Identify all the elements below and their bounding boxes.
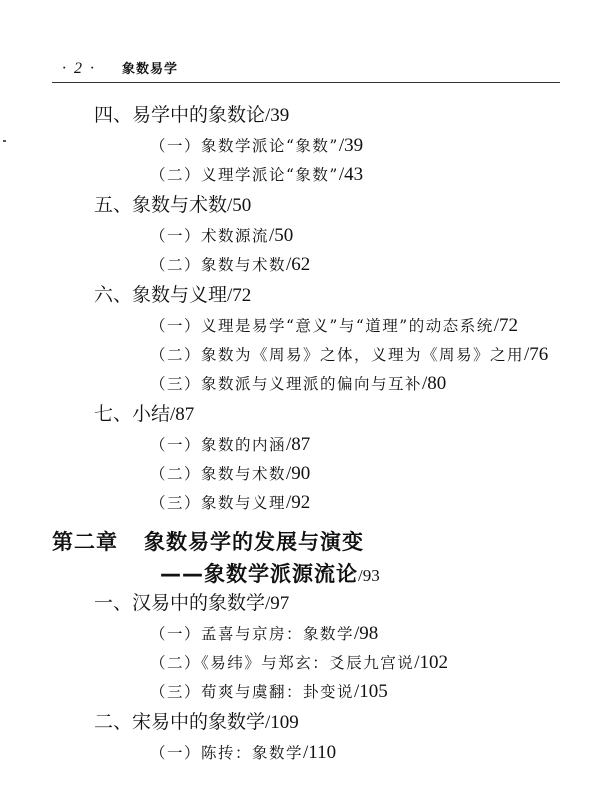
toc-page-number: /90 (286, 463, 310, 484)
toc-page-number: /50 (269, 225, 293, 246)
toc-page-number: /110 (303, 742, 336, 763)
toc-page-number: /87 (170, 404, 194, 425)
toc-entry[interactable]: 六、象数与义理/72 (94, 280, 251, 307)
toc-subentry[interactable]: （二）义理学派论“象数”/43 (150, 163, 363, 186)
toc-entry-title: （一）陈抟：象数学 (150, 744, 303, 762)
toc-entry-title: 五、象数与术数 (94, 194, 227, 216)
toc-subentry[interactable]: （一）义理是易学“意义”与“道理”的动态系统/72 (150, 314, 518, 337)
toc-page-number: /43 (339, 164, 363, 185)
toc-page-number: /62 (286, 254, 310, 275)
toc-subentry[interactable]: （三）象数派与义理派的偏向与互补/80 (150, 372, 446, 395)
toc-entry-title: （一）孟喜与京房：象数学 (150, 625, 354, 643)
toc-entry[interactable]: 五、象数与术数/50 (94, 190, 251, 217)
toc-entry[interactable]: 四、易学中的象数论/39 (94, 100, 289, 127)
chapter-subtitle[interactable]: ——象数学派源流论/93 (160, 558, 380, 588)
toc-subentry[interactable]: （三）荀爽与虞翻：卦变说/105 (150, 680, 388, 703)
toc-page-number: /93 (358, 566, 380, 585)
scan-speck (3, 140, 6, 142)
book-title: 象数易学 (122, 58, 178, 77)
toc-page-number: /50 (227, 195, 251, 216)
toc-subentry[interactable]: （一）孟喜与京房：象数学/98 (150, 622, 378, 645)
toc-page-number: /87 (286, 434, 310, 455)
toc-entry-title: （一）术数源流 (150, 227, 269, 245)
header-rule (52, 82, 560, 83)
toc-page-number: /72 (227, 285, 251, 306)
toc-entry-title: （三）象数与义理 (150, 494, 286, 512)
toc-entry-title: 七、小结 (94, 403, 170, 425)
toc-entry-title: （一）义理是易学“意义”与“道理”的动态系统 (150, 317, 494, 335)
toc-page-number: /76 (524, 344, 548, 365)
chapter-title: 象数易学的发展与演变 (144, 530, 364, 554)
toc-page-number: /102 (414, 652, 448, 673)
toc-page-number: /97 (265, 593, 289, 614)
toc-entry-title: （二）象数与术数 (150, 465, 286, 483)
toc-entry[interactable]: 七、小结/87 (94, 399, 194, 426)
toc-page-number: /39 (265, 105, 289, 126)
page-number: · 2 · (62, 60, 96, 78)
toc-entry[interactable]: 一、汉易中的象数学/97 (94, 588, 289, 615)
toc-subentry[interactable]: （一）象数学派论“象数”/39 (150, 134, 363, 157)
toc-page-number: /39 (339, 135, 363, 156)
toc-subentry[interactable]: （二）象数与术数/62 (150, 253, 310, 276)
toc-entry-title: （二）象数为《周易》之体，义理为《周易》之用 (150, 346, 524, 364)
toc-entry-title: （二）义理学派论“象数” (150, 166, 339, 184)
toc-entry-title: （一）象数学派论“象数” (150, 137, 339, 155)
toc-entry-title: （三）荀爽与虞翻：卦变说 (150, 683, 354, 701)
toc-entry-title: 二、宋易中的象数学 (94, 711, 265, 733)
toc-subentry[interactable]: （二）象数与术数/90 (150, 462, 310, 485)
toc-entry[interactable]: 二、宋易中的象数学/109 (94, 707, 299, 734)
toc-entry-title: 一、汉易中的象数学 (94, 592, 265, 614)
toc-entry-title: （三）象数派与义理派的偏向与互补 (150, 375, 422, 393)
chapter-subtitle-text: ——象数学派源流论 (160, 562, 358, 586)
toc-subentry[interactable]: （一）陈抟：象数学/110 (150, 741, 336, 764)
toc-subentry[interactable]: （一）术数源流/50 (150, 224, 293, 247)
toc-subentry[interactable]: （二）《易纬》与郑玄：爻辰九宫说/102 (150, 651, 448, 674)
toc-subentry[interactable]: （三）象数与义理/92 (150, 491, 310, 514)
toc-entry-title: （二）《易纬》与郑玄：爻辰九宫说 (150, 654, 414, 672)
toc-page-number: /98 (354, 623, 378, 644)
toc-entry-title: （二）象数与术数 (150, 256, 286, 274)
toc-page-number: /72 (494, 315, 518, 336)
running-header: · 2 · 象数易学 (62, 58, 178, 78)
toc-entry-title: 四、易学中的象数论 (94, 104, 265, 126)
toc-entry-title: 六、象数与义理 (94, 284, 227, 306)
toc-page-number: /80 (422, 373, 446, 394)
chapter-heading[interactable]: 第二章象数易学的发展与演变 (52, 526, 364, 556)
toc-subentry[interactable]: （一）象数的内涵/87 (150, 433, 310, 456)
toc-entry-title: （一）象数的内涵 (150, 436, 286, 454)
toc-page-number: /105 (354, 681, 388, 702)
toc-subentry[interactable]: （二）象数为《周易》之体，义理为《周易》之用/76 (150, 343, 548, 366)
toc-page-number: /109 (265, 712, 299, 733)
toc-page-number: /92 (286, 492, 310, 513)
chapter-label: 第二章 (52, 530, 118, 554)
